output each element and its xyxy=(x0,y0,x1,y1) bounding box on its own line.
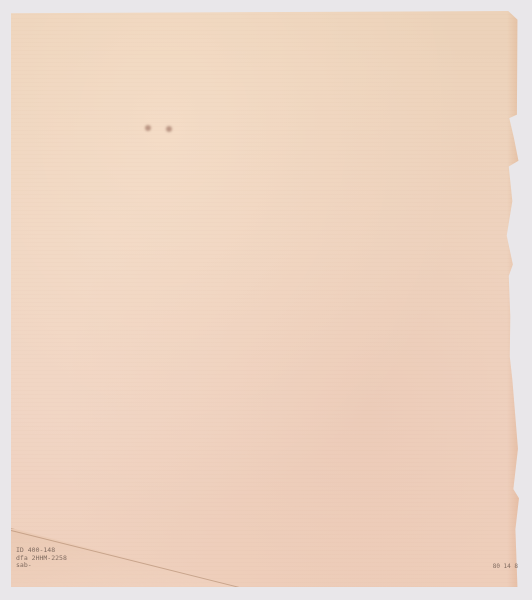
note-line: sab- xyxy=(16,561,32,569)
inventory-note-bottom-right: 80 14 8 xyxy=(493,563,518,571)
paper-grain xyxy=(11,11,521,587)
torn-right-edge xyxy=(507,11,521,587)
inventory-note-bottom-left: ID 400-148 dfa 2HHM-2258 sab- xyxy=(16,547,67,570)
paper-sheet xyxy=(11,11,521,587)
stain-spot xyxy=(166,126,172,132)
stain-spot xyxy=(145,125,151,131)
